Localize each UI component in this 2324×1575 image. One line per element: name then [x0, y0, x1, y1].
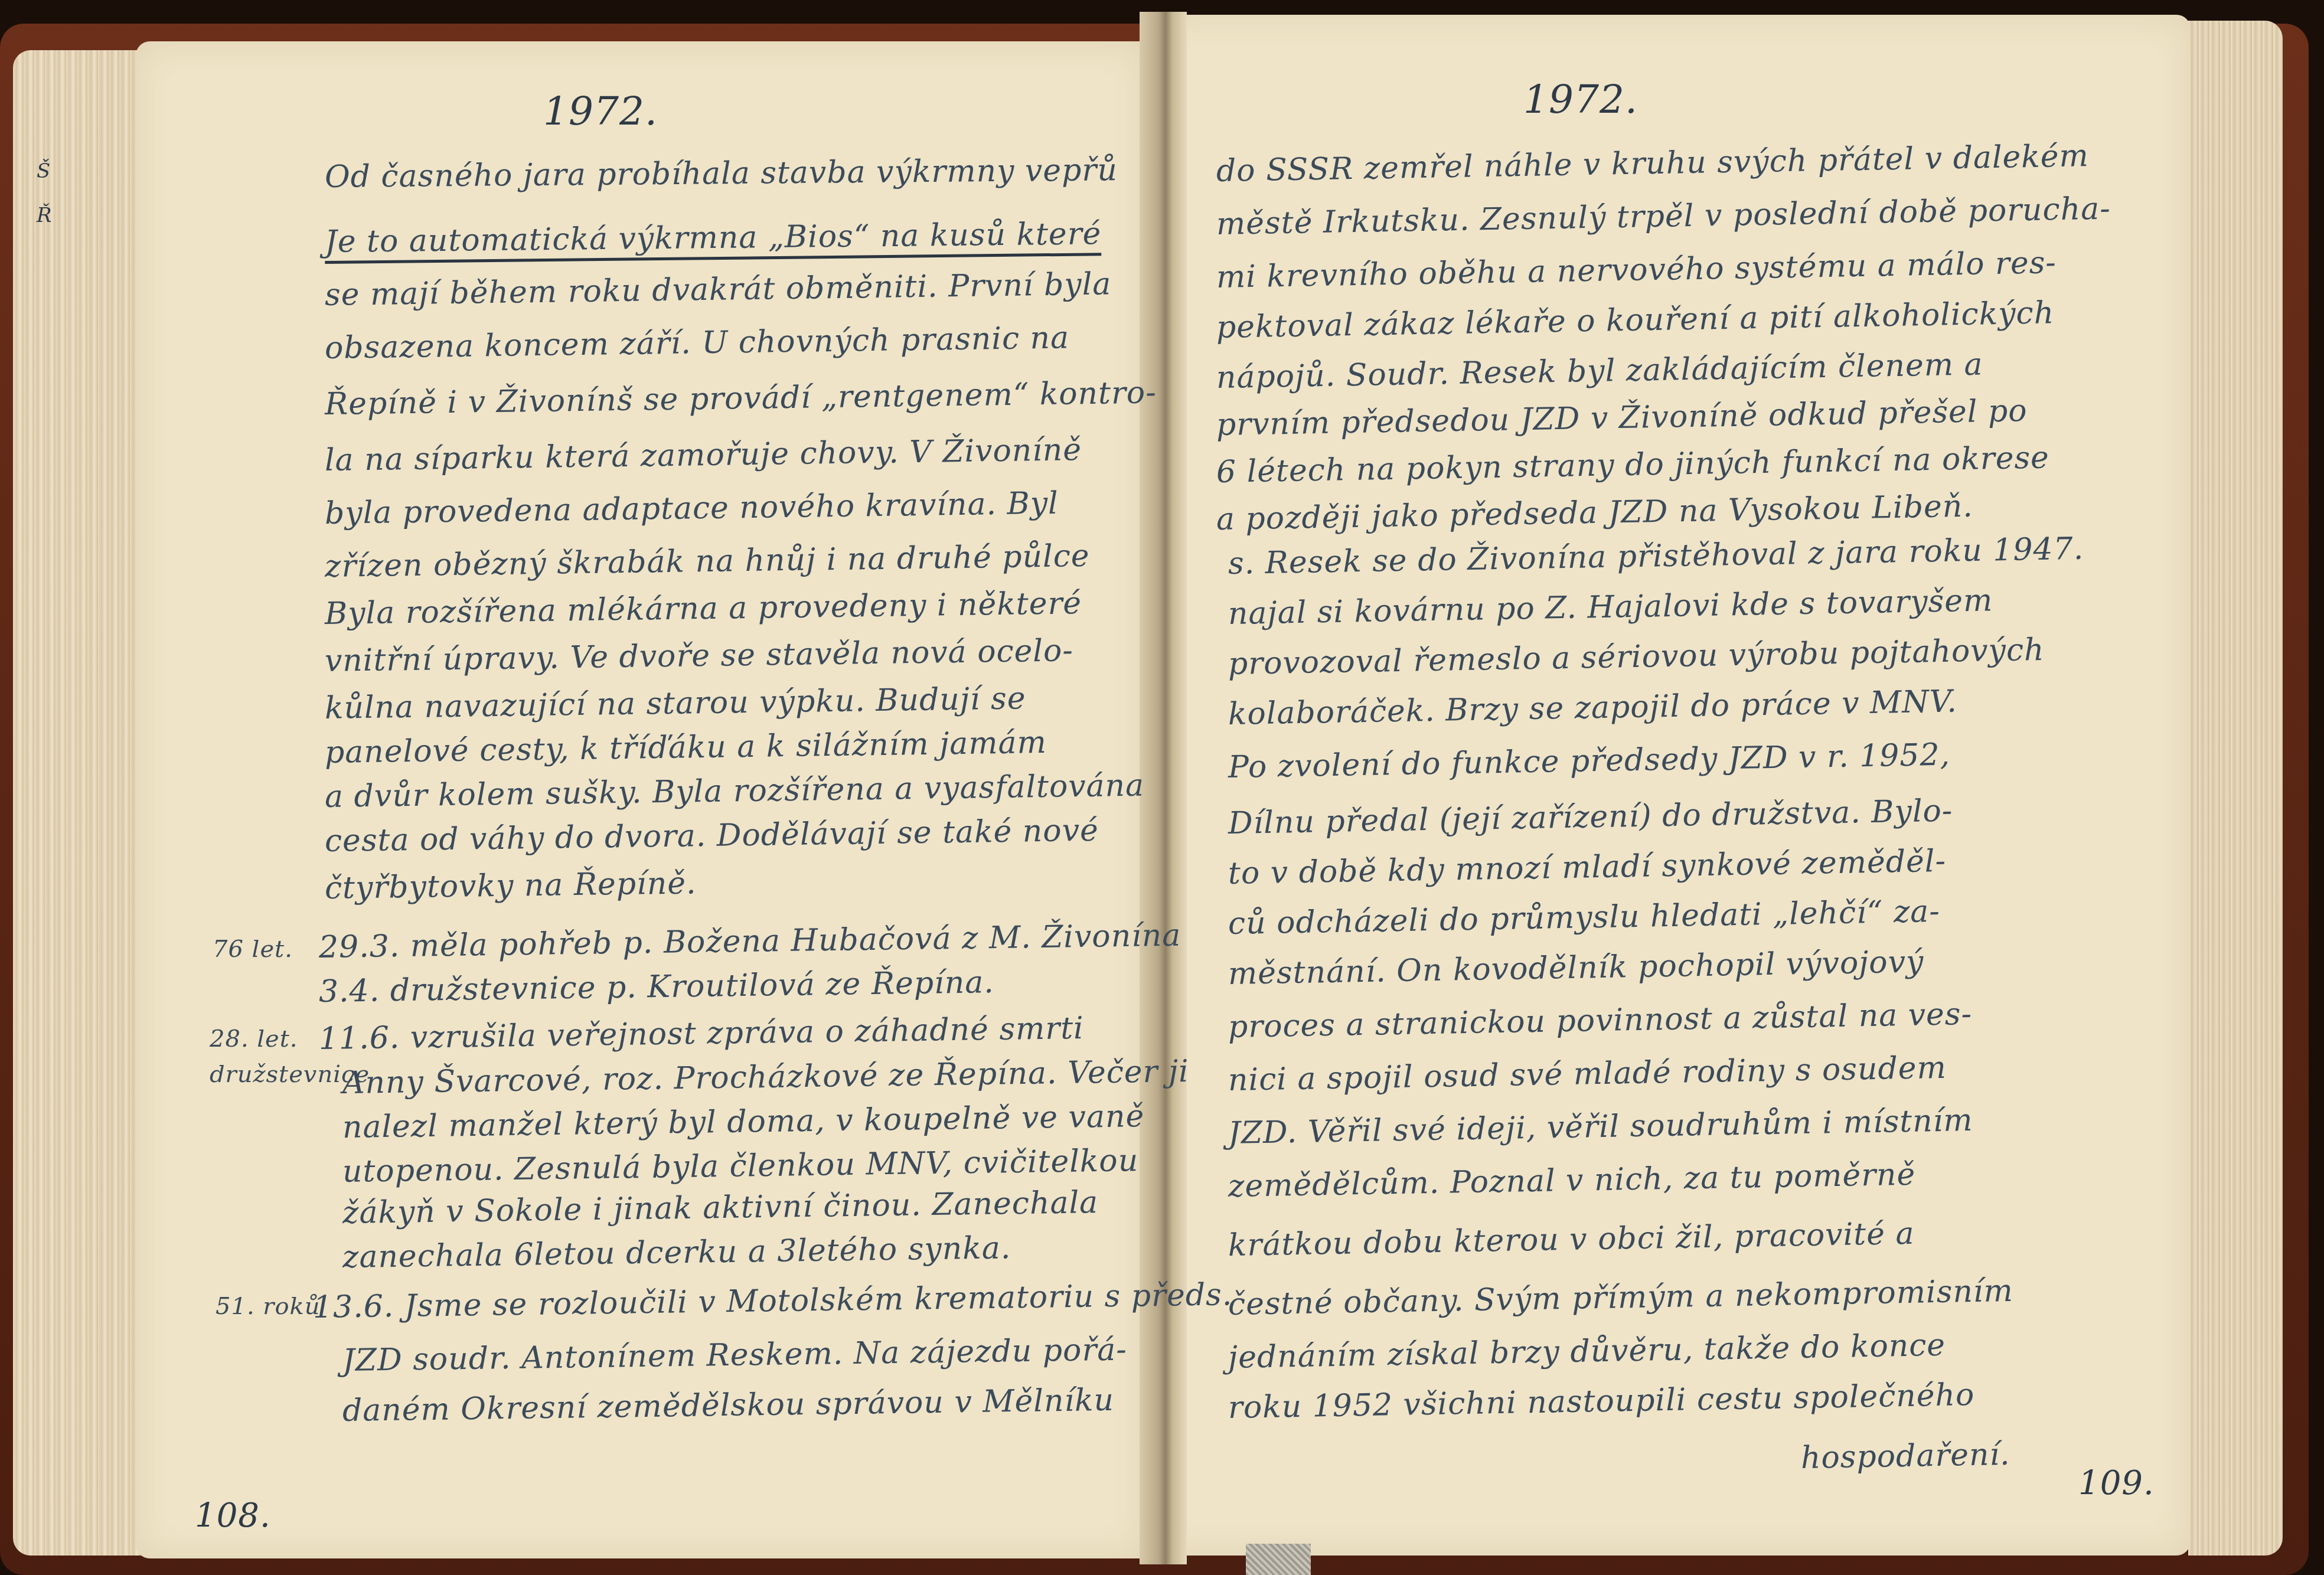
- margin-age-note: 51. roků: [216, 1293, 321, 1320]
- year-heading: 1972.: [1523, 77, 1638, 122]
- book-gutter: [1140, 12, 1187, 1564]
- text-line: Je to automatická výkrmna „Bios“ na kusů…: [325, 216, 1102, 264]
- text-line: Od časného jara probíhala stavba výkrmny…: [325, 152, 1118, 195]
- page-number: 109.: [2078, 1464, 2155, 1502]
- margin-age-note: 28. let. družstevnice: [210, 1021, 322, 1092]
- text-line: hospodaření.: [1800, 1437, 2010, 1476]
- page-stack-left-edge: [13, 50, 149, 1556]
- year-heading: 1972.: [543, 89, 658, 134]
- bookmark-ribbon[interactable]: [1246, 1544, 1311, 1575]
- page-number: 108.: [195, 1496, 271, 1535]
- text-line: čtyřbytovky na Řepíně.: [325, 865, 697, 906]
- thumb-index-mark[interactable]: Ř: [37, 204, 53, 227]
- page-stack-right-edge: [2188, 21, 2283, 1556]
- margin-age-note: 76 let.: [213, 936, 293, 963]
- thumb-index-mark[interactable]: Š: [37, 159, 51, 183]
